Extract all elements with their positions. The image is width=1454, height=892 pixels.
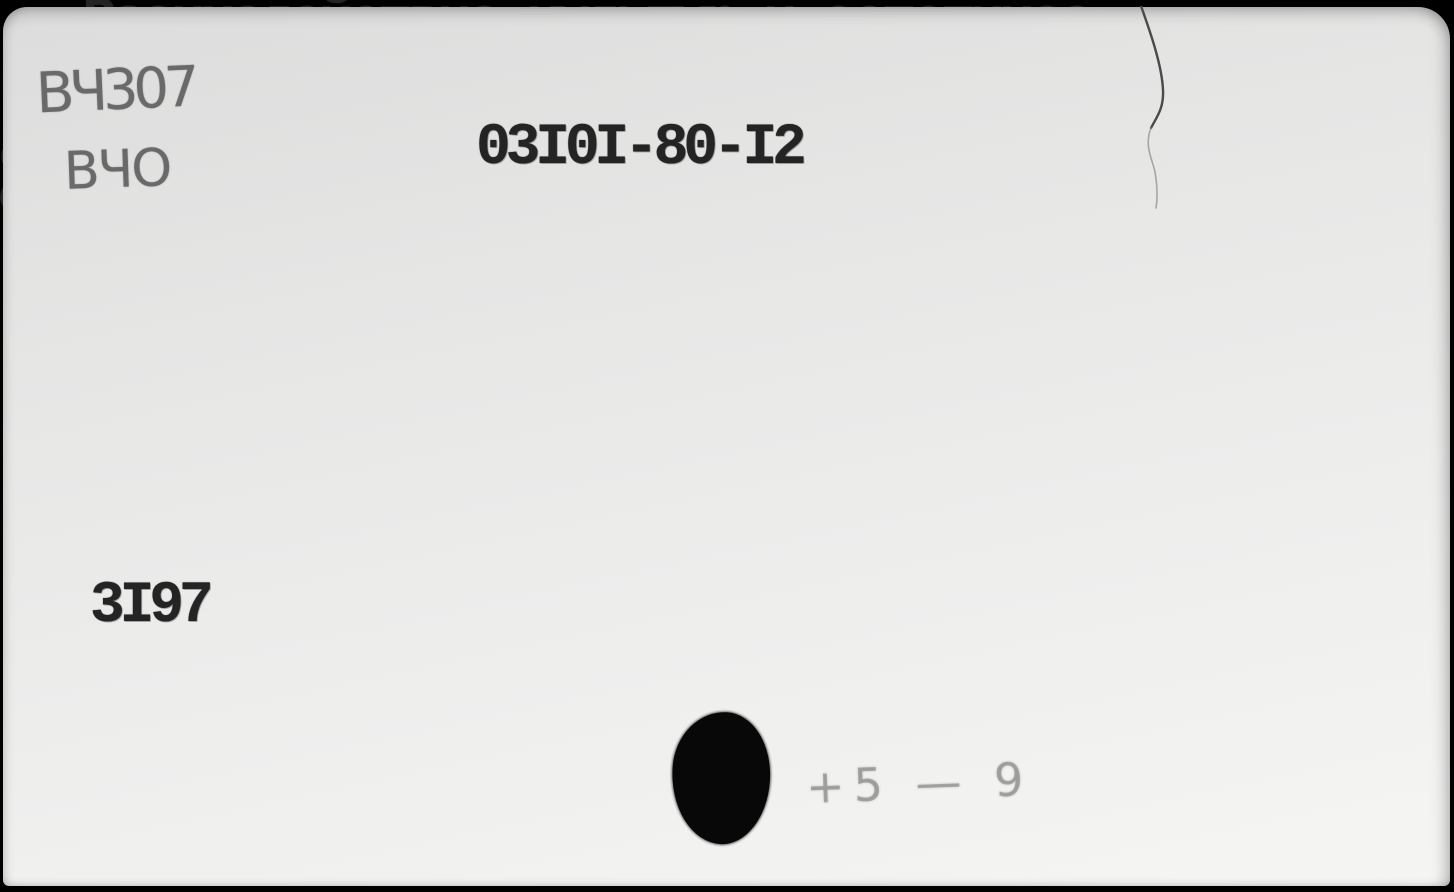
- index-number: 03I0I-80-I2: [476, 126, 802, 171]
- handwritten-call-number-line2: ВЧО: [63, 138, 171, 202]
- scanned-catalog-card-page: ВЧ307 ВЧО 03I0I-80-I2 Взаимодействие кул…: [0, 0, 1454, 892]
- crease-mark: [1118, 6, 1198, 211]
- handwritten-call-number-line1: ВЧ307: [35, 55, 196, 127]
- order-number: 3I97: [90, 584, 208, 629]
- handwritten-note: +5 — 9: [805, 752, 1033, 814]
